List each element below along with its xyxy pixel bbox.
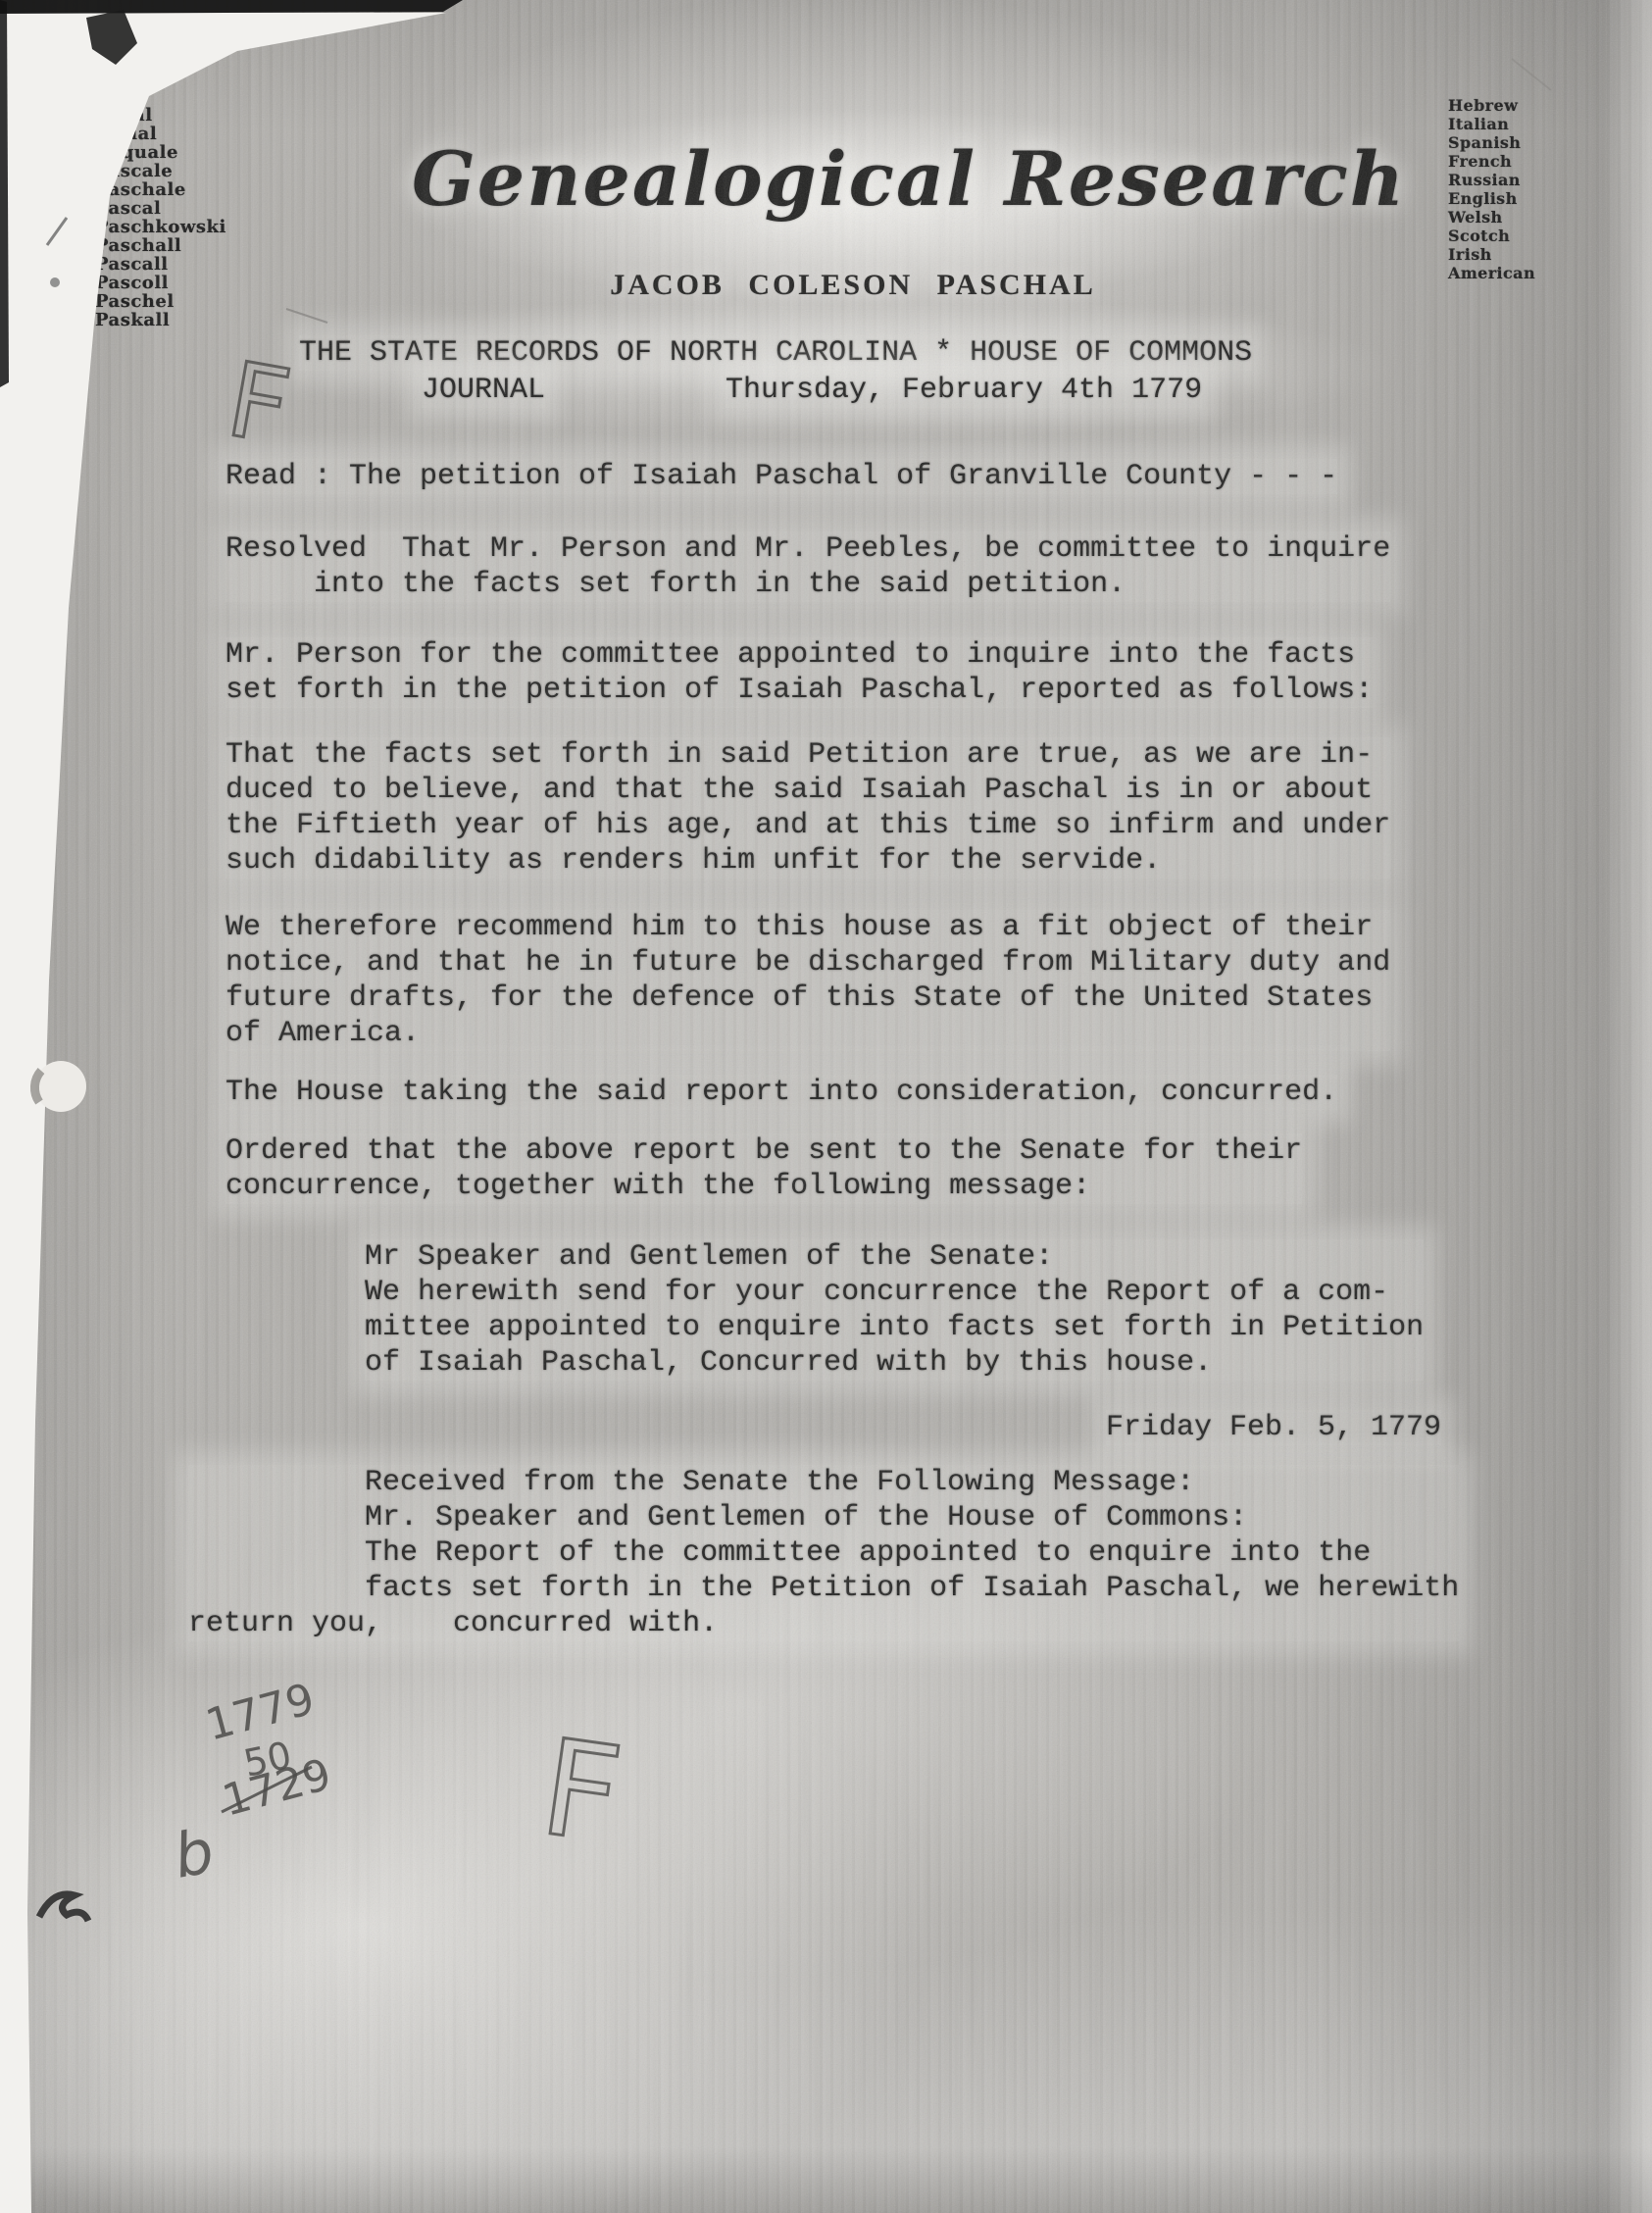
- surname-variant: Pascoll: [95, 274, 226, 292]
- scan-smudge: [86, 10, 137, 65]
- body-paragraph-senate-message: Mr Speaker and Gentlemen of the Senate: …: [365, 1239, 1424, 1381]
- journal-label: JOURNAL: [422, 373, 545, 408]
- surname-variant: asquale: [99, 143, 226, 162]
- language-item: Welsh: [1448, 208, 1535, 226]
- language-item: French: [1448, 152, 1535, 171]
- surname-variant: Paschkowski: [95, 218, 226, 236]
- body-paragraph-house-concurred: The House taking the said report into co…: [225, 1075, 1337, 1110]
- language-item: Russian: [1448, 171, 1535, 189]
- surname-variant: Paschale: [95, 180, 226, 199]
- scanned-document-page: chal scual asquale Pascale Paschale Pasc…: [0, 0, 1652, 2213]
- language-item: Hebrew: [1448, 96, 1535, 115]
- language-item: Scotch: [1448, 226, 1535, 245]
- body-date-line-friday: Friday Feb. 5, 1779: [1106, 1410, 1441, 1445]
- crease-line: [286, 309, 327, 323]
- body-paragraph-resolved: Resolved That Mr. Person and Mr. Peebles…: [225, 531, 1390, 602]
- surname-variant: Paschel: [95, 292, 226, 311]
- surname-variant: Pascall: [95, 255, 226, 274]
- surname-variant: Paskall: [95, 311, 226, 329]
- handwritten-number-50: 50: [240, 1734, 295, 1785]
- language-item: Italian: [1448, 115, 1535, 133]
- surname-variant: Pascale: [95, 162, 226, 180]
- letterhead-subtitle: JACOB COLESON PASCHAL: [412, 269, 1294, 302]
- handwritten-letter-f-top: F: [220, 339, 299, 468]
- surname-variant: scual: [103, 125, 226, 143]
- pencil-scribble: [39, 1894, 88, 1921]
- letterhead-title: Genealogical Research: [412, 135, 1294, 223]
- surname-variant: chal: [109, 106, 226, 125]
- handwritten-slash: [222, 1767, 312, 1812]
- ink-speck: [50, 277, 60, 287]
- document-heading-line1: THE STATE RECORDS OF NORTH CAROLINA * HO…: [299, 335, 1252, 371]
- crease-line: [1512, 59, 1551, 90]
- language-item: American: [1448, 264, 1535, 282]
- language-list: Hebrew Italian Spanish French Russian En…: [1448, 96, 1535, 282]
- surname-variant-list: chal scual asquale Pascale Paschale Pasc…: [95, 106, 226, 329]
- journal-date: Thursday, February 4th 1779: [726, 373, 1202, 408]
- pencil-tick: [47, 218, 67, 245]
- language-item: Spanish: [1448, 133, 1535, 152]
- body-paragraph-person-committee: Mr. Person for the committee appointed t…: [225, 637, 1373, 708]
- handwritten-year-1779: 1779: [201, 1674, 320, 1750]
- handwritten-year-1729: 1729: [218, 1749, 336, 1826]
- handwritten-letter-f-bottom: F: [533, 1710, 630, 1873]
- language-item: English: [1448, 189, 1535, 208]
- body-paragraph-recommendation: We therefore recommend him to this house…: [225, 910, 1390, 1051]
- scanner-edge-top: [0, 0, 463, 14]
- surname-variant: Paschall: [95, 236, 226, 255]
- scanner-edge-left: [0, 0, 9, 387]
- hole-punch: [34, 1061, 86, 1112]
- body-paragraph-received-from-senate: Received from the Senate the Following M…: [188, 1465, 1459, 1641]
- handwritten-letter-b: b: [169, 1815, 219, 1892]
- body-paragraph-ordered: Ordered that the above report be sent to…: [225, 1133, 1302, 1204]
- language-item: Irish: [1448, 245, 1535, 264]
- body-paragraph-facts-true: That the facts set forth in said Petitio…: [225, 737, 1390, 879]
- body-paragraph-read-petition: Read : The petition of Isaiah Paschal of…: [225, 459, 1337, 494]
- surname-variant: Pascal: [95, 199, 226, 218]
